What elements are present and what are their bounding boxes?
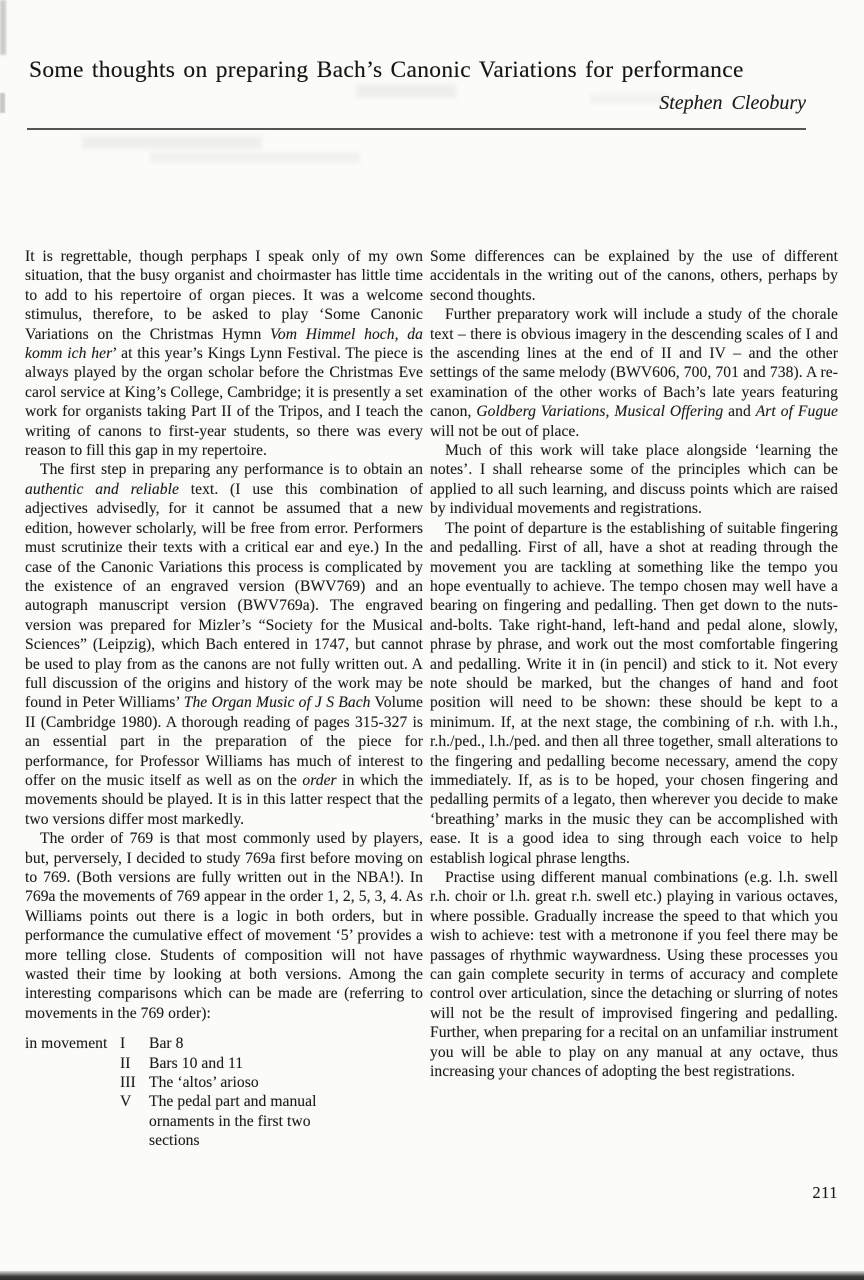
scan-artifact bbox=[590, 94, 670, 104]
movement-numeral: II bbox=[120, 1054, 149, 1073]
paragraph: The first step in preparing any performa… bbox=[25, 460, 423, 829]
paragraph: Some differences can be explained by the… bbox=[430, 247, 838, 305]
paragraph: Practise using different manual combinat… bbox=[430, 868, 838, 1081]
movement-note: The ‘altos’ arioso bbox=[149, 1073, 423, 1092]
scan-artifact bbox=[150, 152, 360, 163]
movement-numeral: III bbox=[120, 1073, 149, 1092]
scan-artifact bbox=[0, 0, 6, 55]
scan-artifact bbox=[82, 136, 262, 149]
movement-note: Bars 10 and 11 bbox=[149, 1054, 423, 1073]
scan-artifact bbox=[0, 93, 5, 113]
movement-note: Bar 8 bbox=[149, 1034, 423, 1053]
movement-numeral: I bbox=[120, 1034, 149, 1053]
paragraph: It is regrettable, though perphaps I spe… bbox=[25, 247, 423, 460]
paragraph: The point of departure is the establishi… bbox=[430, 519, 838, 868]
paragraph: The order of 769 is that most commonly u… bbox=[25, 829, 423, 1023]
list-lead: in movement bbox=[25, 1034, 120, 1053]
journal-page: Some thoughts on preparing Bach’s Canoni… bbox=[0, 0, 864, 1280]
paragraph: Further preparatory work will include a … bbox=[430, 305, 838, 441]
list-item: in movement I Bar 8 bbox=[25, 1034, 423, 1053]
article-column-right: Some differences can be explained by the… bbox=[430, 247, 838, 1081]
scan-edge-bar bbox=[0, 1271, 864, 1280]
movement-numeral: V bbox=[120, 1092, 149, 1150]
header-rule bbox=[27, 128, 806, 130]
list-item: III The ‘altos’ arioso bbox=[25, 1073, 423, 1092]
author-name: Stephen Cleobury bbox=[659, 92, 806, 115]
list-item: V The pedal part and manual ornaments in… bbox=[25, 1092, 423, 1150]
movement-comparison-list: in movement I Bar 8 II Bars 10 and 11 II… bbox=[25, 1034, 423, 1150]
scan-artifact bbox=[356, 84, 456, 98]
article-title: Some thoughts on preparing Bach’s Canoni… bbox=[29, 57, 744, 84]
paragraph: Much of this work will take place alongs… bbox=[430, 441, 838, 519]
page-number: 211 bbox=[812, 1183, 838, 1203]
article-column-left: It is regrettable, though perphaps I spe… bbox=[25, 247, 423, 1151]
list-item: II Bars 10 and 11 bbox=[25, 1054, 423, 1073]
movement-note: The pedal part and manual ornaments in t… bbox=[149, 1092, 423, 1150]
